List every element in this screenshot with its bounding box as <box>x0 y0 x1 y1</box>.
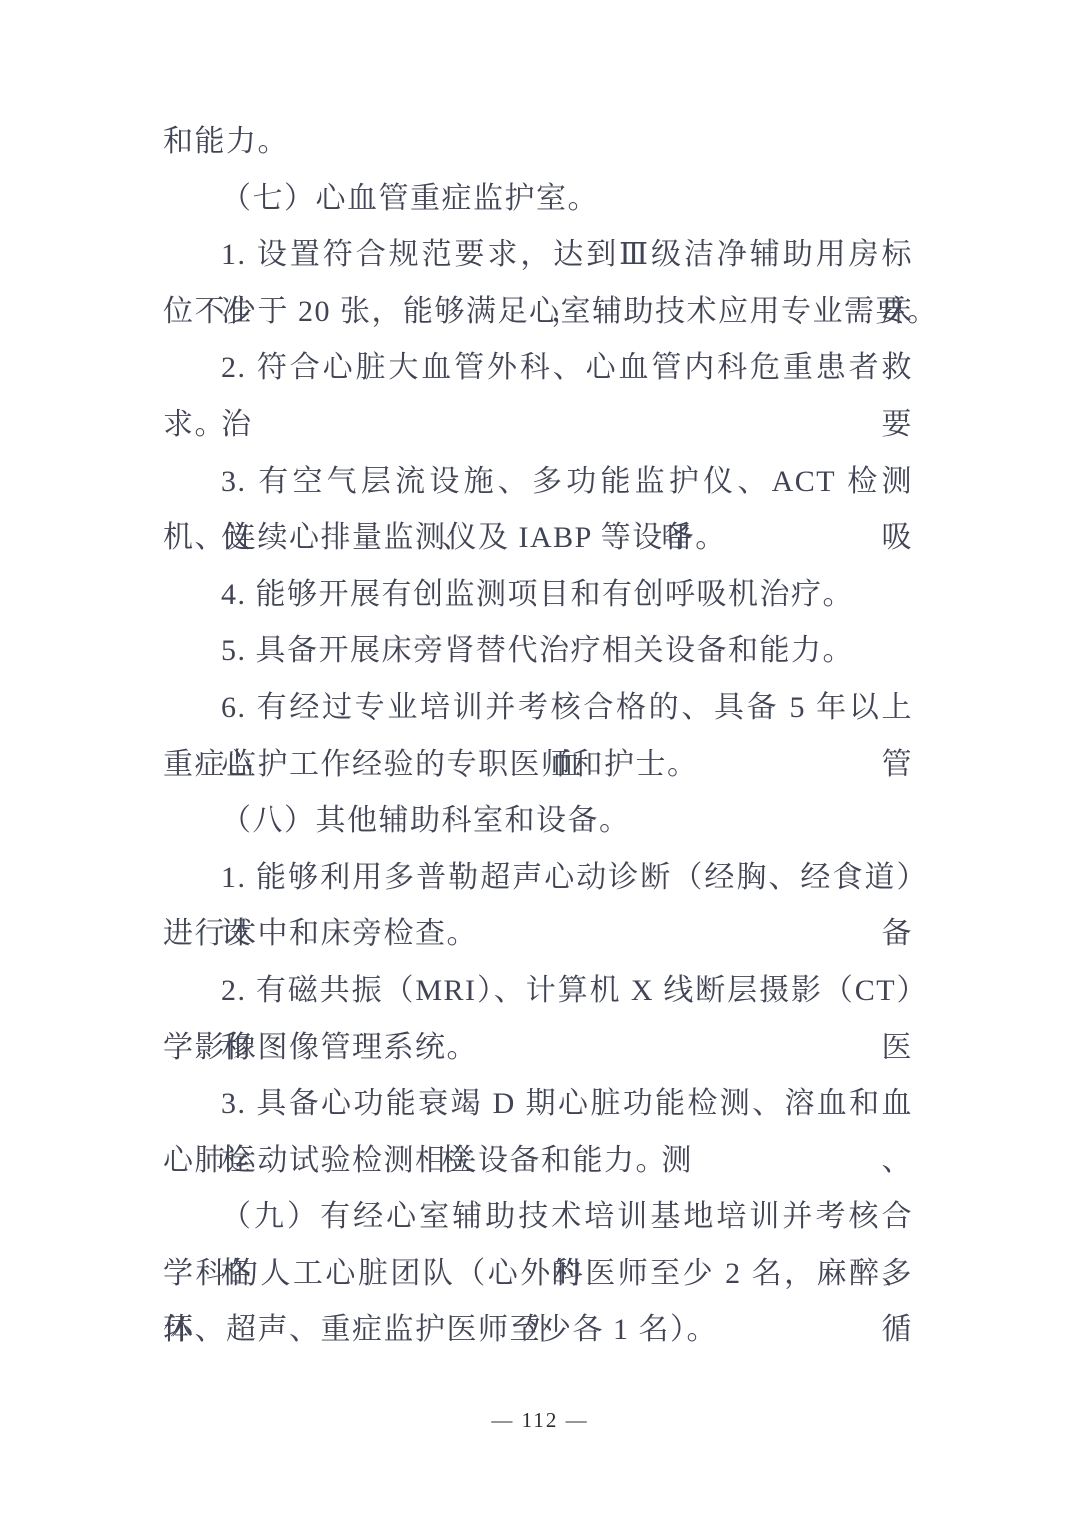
text-line: 3. 具备心功能衰竭 D 期心脏功能检测、溶血和血栓检测、 <box>163 1076 913 1133</box>
text-line: 5. 具备开展床旁肾替代治疗相关设备和能力。 <box>163 623 913 680</box>
text-line: 6. 有经过专业培训并考核合格的、具备 5 年以上心血管 <box>163 680 913 737</box>
document-page: 和能力。（七）心血管重症监护室。1. 设置符合规范要求，达到Ⅲ级洁净辅助用房标准… <box>0 0 1080 1526</box>
text-line: （八）其他辅助科室和设备。 <box>163 793 913 850</box>
text-line: （七）心血管重症监护室。 <box>163 171 913 228</box>
document-body: 和能力。（七）心血管重症监护室。1. 设置符合规范要求，达到Ⅲ级洁净辅助用房标准… <box>163 114 913 1359</box>
text-line: 学科的人工心脏团队（心外科医师至少 2 名，麻醉、体外循 <box>163 1246 913 1303</box>
text-line: 2. 有磁共振（MRI）、计算机 X 线断层摄影（CT）和医 <box>163 963 913 1020</box>
page-number: — 112 — <box>0 1408 1080 1433</box>
text-line: 1. 能够利用多普勒超声心动诊断（经胸、经食道）设备 <box>163 850 913 907</box>
text-line: 位不少于 20 张，能够满足心室辅助技术应用专业需要。 <box>163 284 913 341</box>
text-line: 3. 有空气层流设施、多功能监护仪、ACT 检测仪、呼吸 <box>163 454 913 511</box>
text-line: 1. 设置符合规范要求，达到Ⅲ级洁净辅助用房标准，床 <box>163 227 913 284</box>
text-line: 2. 符合心脏大血管外科、心血管内科危重患者救治要 <box>163 340 913 397</box>
text-line: 和能力。 <box>163 114 913 171</box>
text-line: （九）有经心室辅助技术培训基地培训并考核合格的多 <box>163 1189 913 1246</box>
text-line: 4. 能够开展有创监测项目和有创呼吸机治疗。 <box>163 567 913 624</box>
